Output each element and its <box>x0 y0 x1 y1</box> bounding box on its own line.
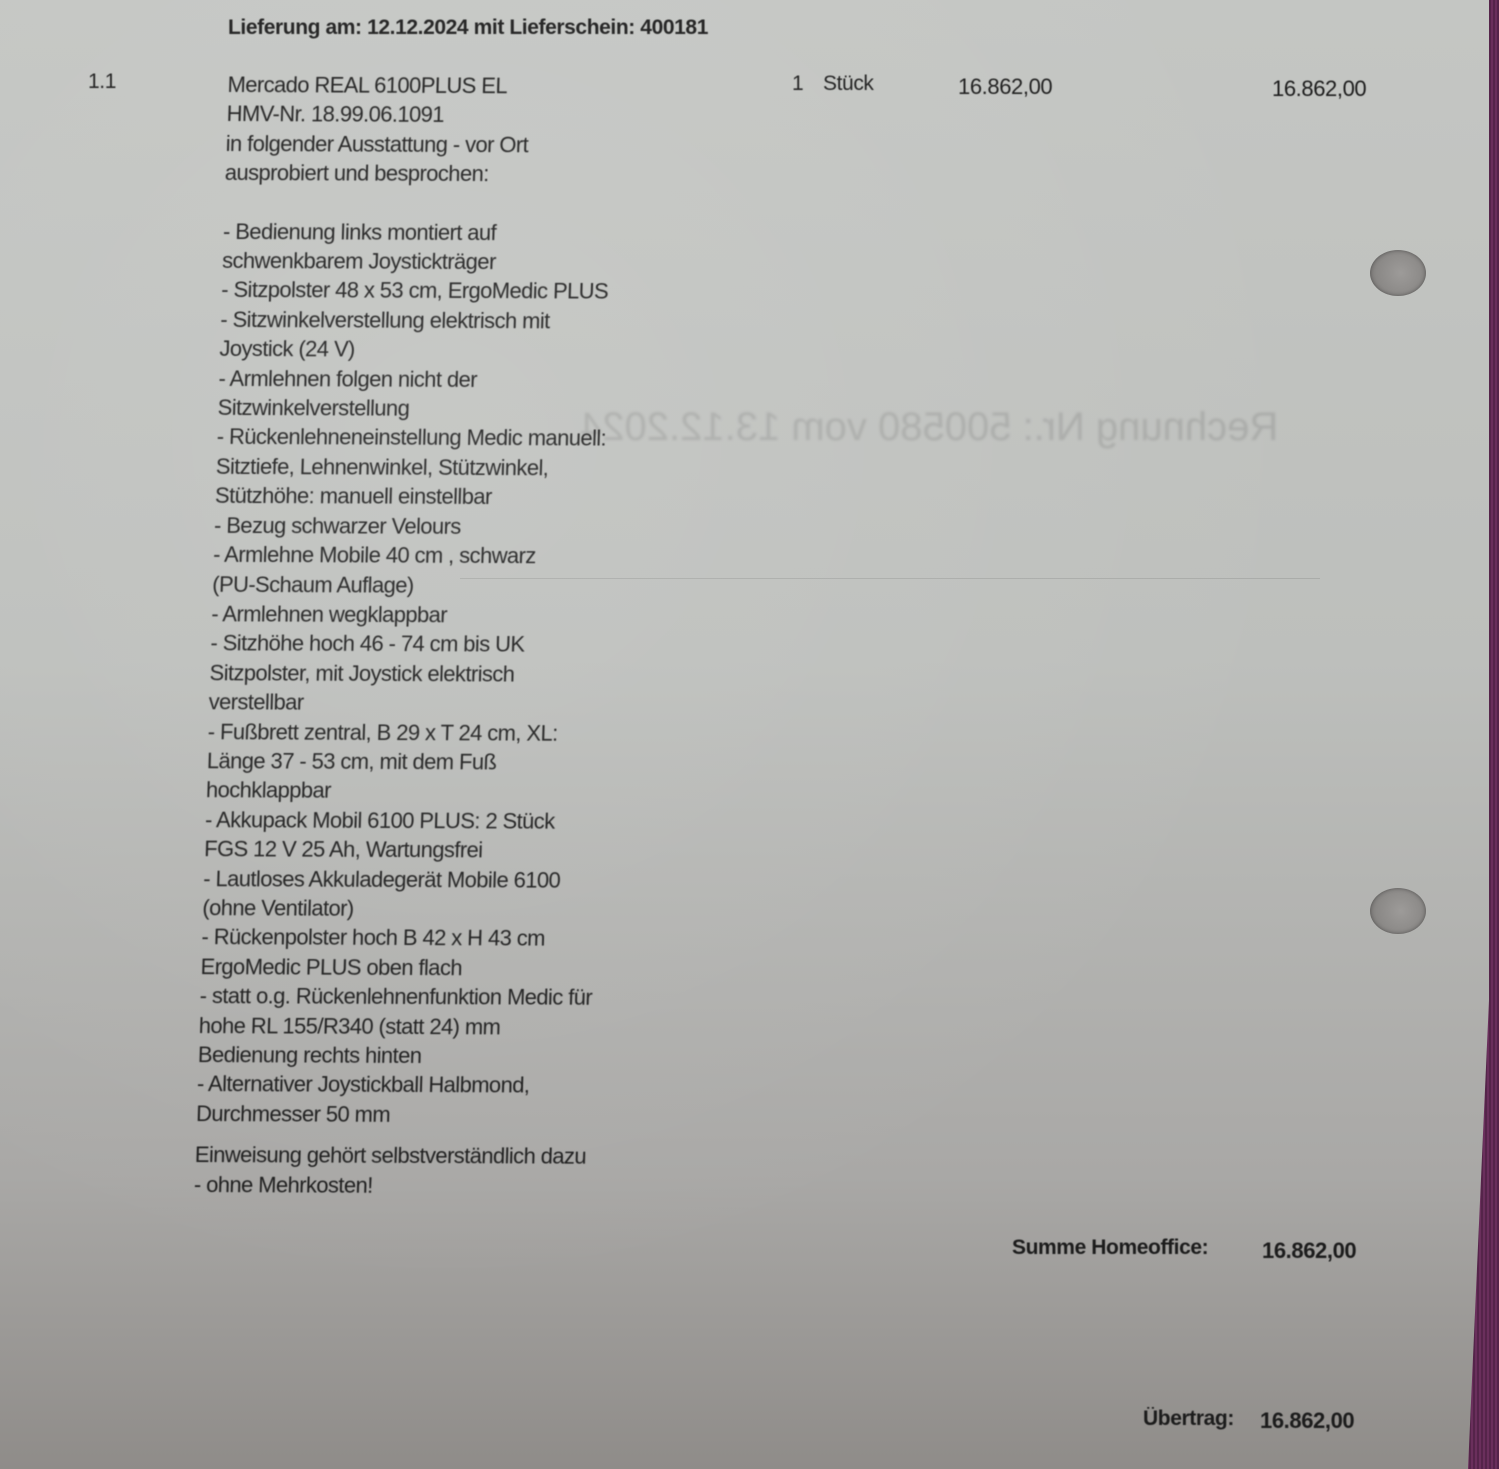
equipment-line: - Armlehnen folgen nicht der <box>218 364 611 395</box>
item-title-block: Mercado REAL 6100PLUS ELHMV-Nr. 18.99.06… <box>224 70 620 189</box>
equipment-line: (PU-Schaum Auflage) <box>212 569 605 600</box>
subtotal-label: Summe Homeoffice: <box>1012 1236 1208 1260</box>
item-description: Mercado REAL 6100PLUS ELHMV-Nr. 18.99.06… <box>194 70 621 1201</box>
delivery-header: Lieferung am: 12.12.2024 mit Lieferschei… <box>228 16 708 40</box>
item-unit: Stück <box>823 72 874 96</box>
spacer <box>224 188 617 219</box>
item-title-line: in folgender Ausstattung - vor Ort <box>225 129 618 160</box>
equipment-line: schwenkbarem Joystickträger <box>222 246 615 277</box>
equipment-line: - Bedienung links montiert auf <box>223 217 616 248</box>
punch-hole <box>1370 888 1426 934</box>
equipment-line: verstellbar <box>208 687 601 718</box>
equipment-line: - Rückenpolster hoch B 42 x H 43 cm <box>201 922 594 953</box>
equipment-line: Stützhöhe: manuell einstellbar <box>215 481 608 512</box>
equipment-line: - Rückenlehneneinstellung Medic manuell: <box>216 422 609 453</box>
equipment-line: - Sitzpolster 48 x 53 cm, ErgoMedic PLUS <box>221 275 614 306</box>
item-title-line: ausprobiert und besprochen: <box>224 158 617 189</box>
item-quantity: 1 <box>792 72 803 96</box>
equipment-line: Sitzwinkelverstellung <box>217 393 610 424</box>
equipment-line: - statt o.g. Rückenlehnenfunktion Medic … <box>199 981 592 1012</box>
equipment-line: - Akkupack Mobil 6100 PLUS: 2 Stück <box>205 805 598 836</box>
carry-over-value: 16.862,00 <box>1260 1408 1354 1434</box>
item-unit-price: 16.862,00 <box>958 74 1052 100</box>
item-total-price: 16.862,00 <box>1272 76 1366 102</box>
item-title-line: HMV-Nr. 18.99.06.1091 <box>226 99 619 130</box>
equipment-line: ErgoMedic PLUS oben flach <box>200 952 593 983</box>
equipment-line: - Fußbrett zentral, B 29 x T 24 cm, XL: <box>207 717 600 748</box>
carry-over-label: Übertrag: <box>1143 1407 1234 1431</box>
item-title-line: Mercado REAL 6100PLUS EL <box>227 70 620 101</box>
closing-note: Einweisung gehört selbstverständlich daz… <box>194 1140 588 1201</box>
closing-line: Einweisung gehört selbstverständlich daz… <box>194 1140 587 1171</box>
equipment-line: - Bezug schwarzer Velours <box>214 511 607 542</box>
equipment-line: hochklappbar <box>206 775 599 806</box>
equipment-line: - Armlehnen wegklappbar <box>211 599 604 630</box>
equipment-line: FGS 12 V 25 Ah, Wartungsfrei <box>204 834 597 865</box>
equipment-line: hohe RL 155/R340 (statt 24) mm <box>198 1011 591 1042</box>
equipment-line: Durchmesser 50 mm <box>196 1099 589 1130</box>
equipment-line: Länge 37 - 53 cm, mit dem Fuß <box>206 746 599 777</box>
equipment-line: - Sitzhöhe hoch 46 - 74 cm bis UK <box>210 628 603 659</box>
equipment-line: - Armlehne Mobile 40 cm , schwarz <box>213 540 606 571</box>
item-position: 1.1 <box>88 70 116 94</box>
equipment-line: - Alternativer Joystickball Halbmond, <box>197 1069 590 1100</box>
equipment-list: - Bedienung links montiert aufschwenkbar… <box>196 217 616 1130</box>
closing-line: - ohne Mehrkosten! <box>194 1170 587 1201</box>
equipment-line: Sitztiefe, Lehnenwinkel, Stützwinkel, <box>215 452 608 483</box>
subtotal-value: 16.862,00 <box>1262 1238 1356 1264</box>
punch-hole <box>1370 250 1426 296</box>
bleed-through-text: Rechnung Nr.: 500580 vom 13.12.2024 <box>580 405 1278 450</box>
equipment-line: (ohne Ventilator) <box>202 893 595 924</box>
equipment-line: - Lautloses Akkuladegerät Mobile 6100 <box>203 864 596 895</box>
equipment-line: Bedienung rechts hinten <box>197 1040 590 1071</box>
equipment-line: - Sitzwinkelverstellung elektrisch mit <box>220 305 613 336</box>
invoice-page: Rechnung Nr.: 500580 vom 13.12.2024 Lief… <box>0 0 1489 1469</box>
equipment-line: Sitzpolster, mit Joystick elektrisch <box>209 658 602 689</box>
equipment-line: Joystick (24 V) <box>219 334 612 365</box>
